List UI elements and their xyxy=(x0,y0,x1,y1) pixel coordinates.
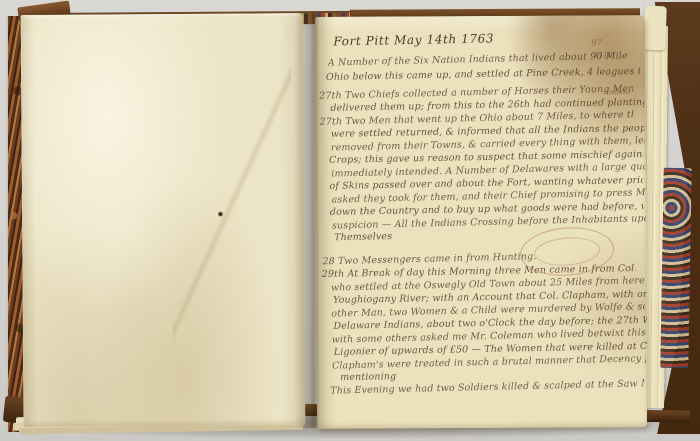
margin-note: Indians xyxy=(606,88,631,96)
marbled-endpaper-right xyxy=(660,168,691,368)
manuscript-line: Ohio below this came up, and settled at … xyxy=(326,66,640,83)
manuscript-line: mentioning xyxy=(340,371,396,383)
right-manuscript-page: Fort Pitt May 14th 1763 A Number of the … xyxy=(315,15,647,429)
photo-of-open-manuscript-book: Fort Pitt May 14th 1763 A Number of the … xyxy=(0,0,700,441)
manuscript-line: A Number of the Six Nation Indians that … xyxy=(328,50,628,68)
manuscript-text-block: Fort Pitt May 14th 1763 A Number of the … xyxy=(313,14,649,431)
margin-note: 97 xyxy=(591,38,601,47)
ink-speck xyxy=(218,212,223,217)
left-blank-page xyxy=(21,13,306,427)
page-heading: Fort Pitt May 14th 1763 xyxy=(333,31,494,48)
library-stamp-inner-ring xyxy=(533,235,601,268)
page-crease xyxy=(171,53,293,354)
book-gutter xyxy=(294,12,328,428)
margin-note: 1118 xyxy=(594,50,613,59)
page-edge-tab xyxy=(643,6,667,51)
manuscript-line: Themselves xyxy=(334,231,392,243)
